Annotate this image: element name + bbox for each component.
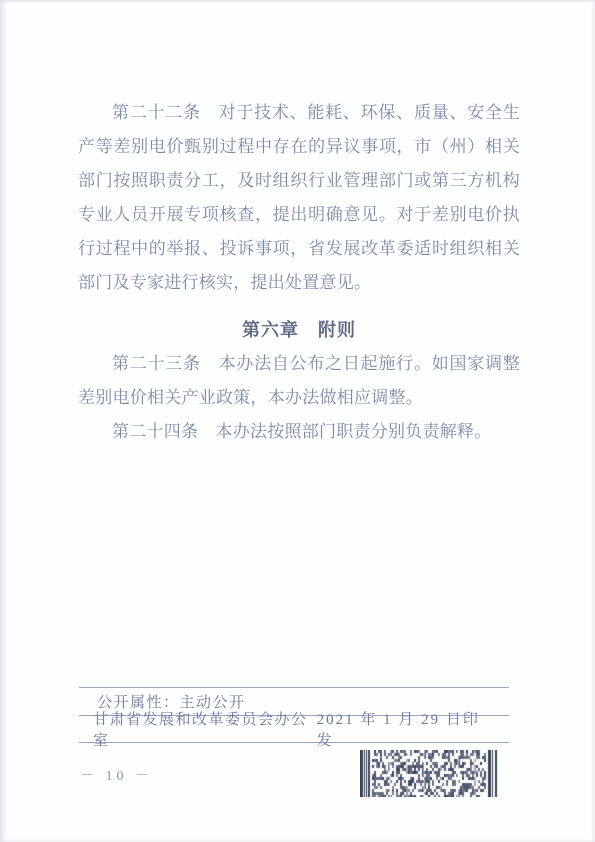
issuing-office-label: 甘肃省发展和改革委员会办公室 — [93, 708, 317, 750]
scan-edge-top — [0, 0, 595, 3]
chapter-heading: 第六章 附则 — [78, 313, 520, 347]
document-page: { "document": { "article_22": "第二十二条 对于技… — [0, 0, 595, 842]
print-date-label: 2021 年 1 月 29 日印发 — [317, 708, 491, 750]
page-number: － 10 － — [80, 765, 153, 785]
article-paragraph-23: 第二十三条 本办法自公布之日起施行。如国家调整差别电价相关产业政策，本办法做相应… — [78, 347, 520, 415]
pdf417-barcode-icon — [360, 750, 498, 797]
article-paragraph-24: 第二十四条 本办法按照部门职责分别负责解释。 — [78, 415, 520, 449]
scan-edge-right — [590, 0, 595, 842]
issuer-row: 甘肃省发展和改革委员会办公室 2021 年 1 月 29 日印发 — [79, 715, 509, 743]
document-footer: 公开属性：主动公开 甘肃省发展和改革委员会办公室 2021 年 1 月 29 日… — [79, 687, 509, 743]
article-paragraph-22: 第二十二条 对于技术、能耗、环保、质量、安全生产等差别电价甄别过程中存在的异议事… — [78, 96, 520, 300]
scan-edge-left — [0, 0, 7, 842]
